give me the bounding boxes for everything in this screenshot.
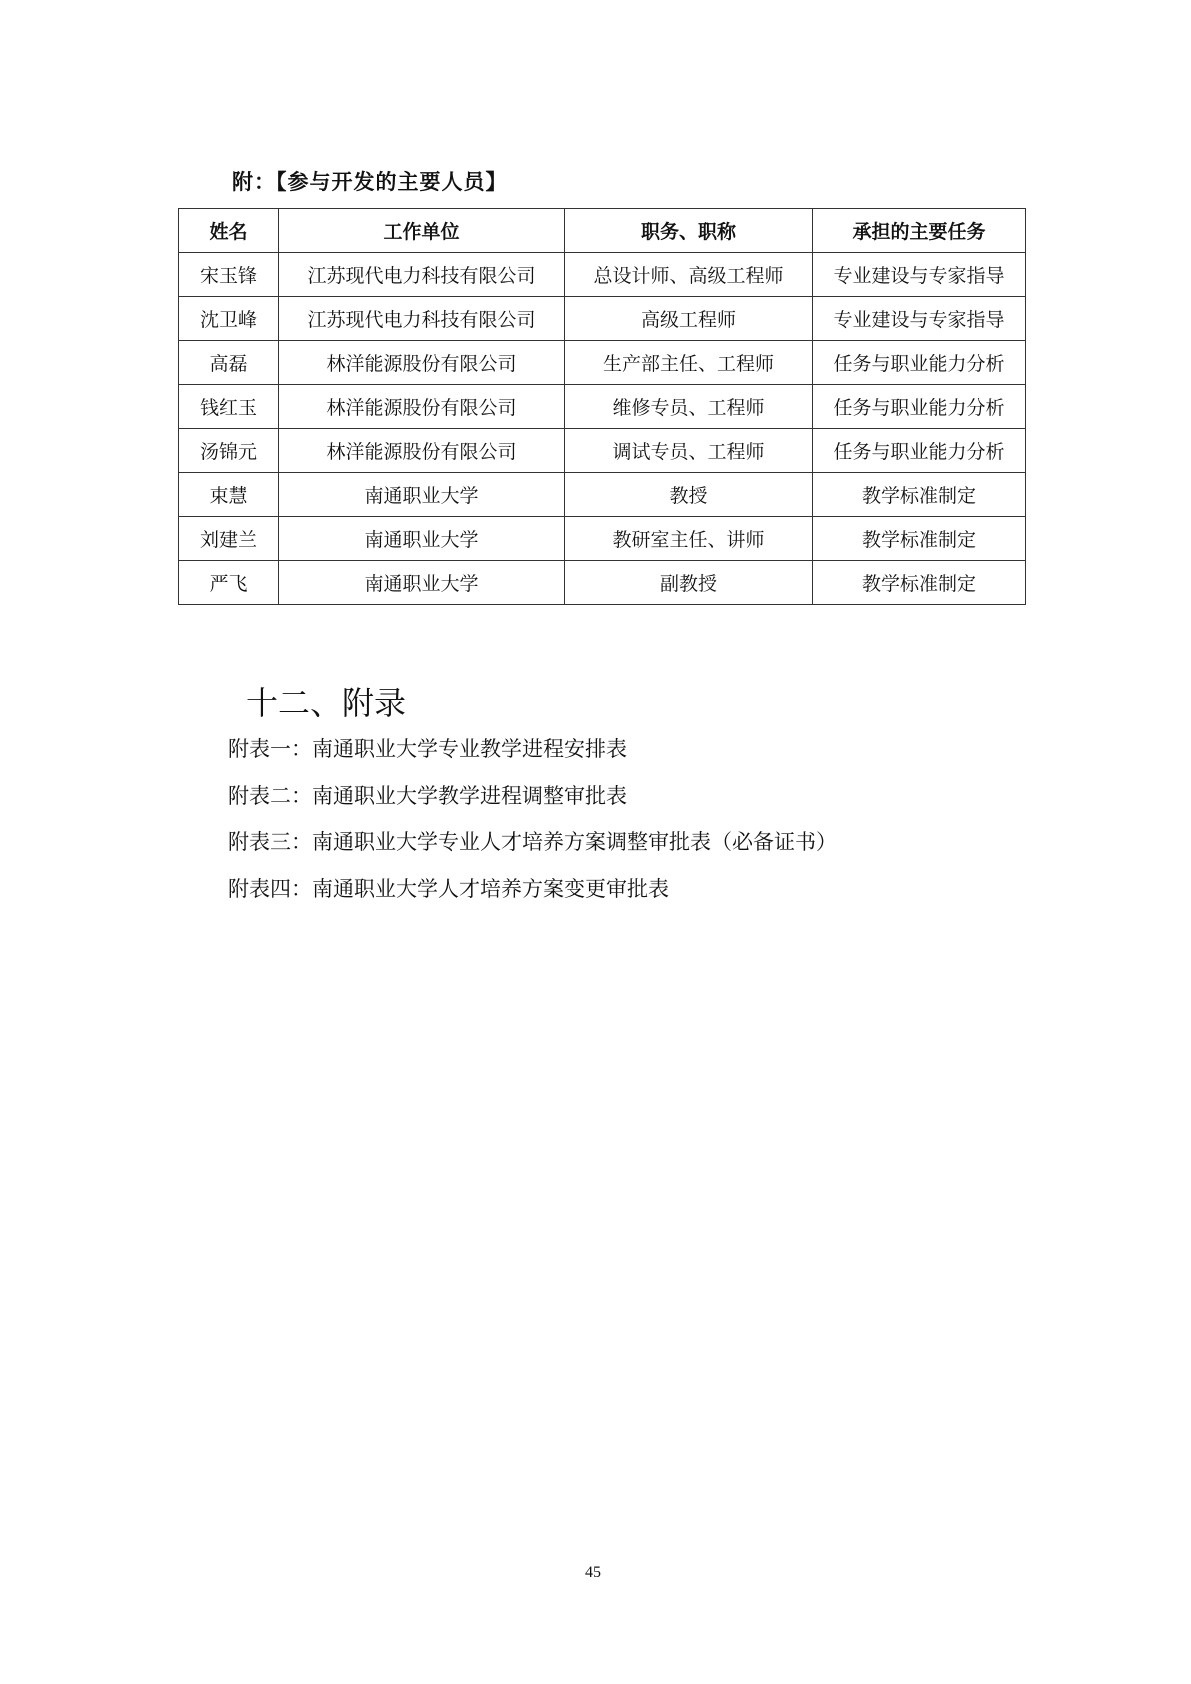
cell-task: 教学标准制定 (813, 561, 1026, 605)
cell-employer: 江苏现代电力科技有限公司 (279, 253, 565, 297)
table-row: 高磊 林洋能源股份有限公司 生产部主任、工程师 任务与职业能力分析 (179, 341, 1026, 385)
table-row: 沈卫峰 江苏现代电力科技有限公司 高级工程师 专业建设与专家指导 (179, 297, 1026, 341)
cell-task: 教学标准制定 (813, 473, 1026, 517)
table-caption: 附：【参与开发的主要人员】 (232, 166, 508, 196)
cell-employer: 江苏现代电力科技有限公司 (279, 297, 565, 341)
cell-title: 总设计师、高级工程师 (565, 253, 813, 297)
cell-title: 副教授 (565, 561, 813, 605)
cell-title: 教研室主任、讲师 (565, 517, 813, 561)
cell-employer: 南通职业大学 (279, 561, 565, 605)
cell-name: 宋玉锋 (179, 253, 279, 297)
cell-name: 钱红玉 (179, 385, 279, 429)
cell-name: 束慧 (179, 473, 279, 517)
cell-title: 高级工程师 (565, 297, 813, 341)
staff-table: 姓名 工作单位 职务、职称 承担的主要任务 宋玉锋 江苏现代电力科技有限公司 总… (178, 208, 1026, 605)
header-employer: 工作单位 (279, 209, 565, 253)
table-row: 宋玉锋 江苏现代电力科技有限公司 总设计师、高级工程师 专业建设与专家指导 (179, 253, 1026, 297)
cell-employer: 林洋能源股份有限公司 (279, 385, 565, 429)
table-row: 钱红玉 林洋能源股份有限公司 维修专员、工程师 任务与职业能力分析 (179, 385, 1026, 429)
cell-name: 沈卫峰 (179, 297, 279, 341)
cell-name: 高磊 (179, 341, 279, 385)
cell-task: 任务与职业能力分析 (813, 385, 1026, 429)
cell-task: 任务与职业能力分析 (813, 429, 1026, 473)
table-row: 刘建兰 南通职业大学 教研室主任、讲师 教学标准制定 (179, 517, 1026, 561)
cell-title: 维修专员、工程师 (565, 385, 813, 429)
appendix-item: 附表三：南通职业大学专业人才培养方案调整审批表（必备证书） (228, 826, 837, 856)
cell-task: 教学标准制定 (813, 517, 1026, 561)
cell-employer: 南通职业大学 (279, 517, 565, 561)
appendix-item: 附表一：南通职业大学专业教学进程安排表 (228, 733, 627, 763)
cell-name: 严飞 (179, 561, 279, 605)
table-row: 汤锦元 林洋能源股份有限公司 调试专员、工程师 任务与职业能力分析 (179, 429, 1026, 473)
cell-title: 教授 (565, 473, 813, 517)
header-title: 职务、职称 (565, 209, 813, 253)
cell-employer: 林洋能源股份有限公司 (279, 341, 565, 385)
cell-title: 生产部主任、工程师 (565, 341, 813, 385)
page-number: 45 (585, 1564, 601, 1582)
cell-task: 专业建设与专家指导 (813, 253, 1026, 297)
header-task: 承担的主要任务 (813, 209, 1026, 253)
header-name: 姓名 (179, 209, 279, 253)
cell-name: 刘建兰 (179, 517, 279, 561)
table-row: 束慧 南通职业大学 教授 教学标准制定 (179, 473, 1026, 517)
appendix-item: 附表四：南通职业大学人才培养方案变更审批表 (228, 873, 669, 903)
cell-task: 任务与职业能力分析 (813, 341, 1026, 385)
section-heading: 十二、附录 (246, 678, 406, 724)
cell-task: 专业建设与专家指导 (813, 297, 1026, 341)
table-header-row: 姓名 工作单位 职务、职称 承担的主要任务 (179, 209, 1026, 253)
appendix-item: 附表二：南通职业大学教学进程调整审批表 (228, 780, 627, 810)
cell-name: 汤锦元 (179, 429, 279, 473)
cell-employer: 南通职业大学 (279, 473, 565, 517)
table-row: 严飞 南通职业大学 副教授 教学标准制定 (179, 561, 1026, 605)
cell-employer: 林洋能源股份有限公司 (279, 429, 565, 473)
cell-title: 调试专员、工程师 (565, 429, 813, 473)
